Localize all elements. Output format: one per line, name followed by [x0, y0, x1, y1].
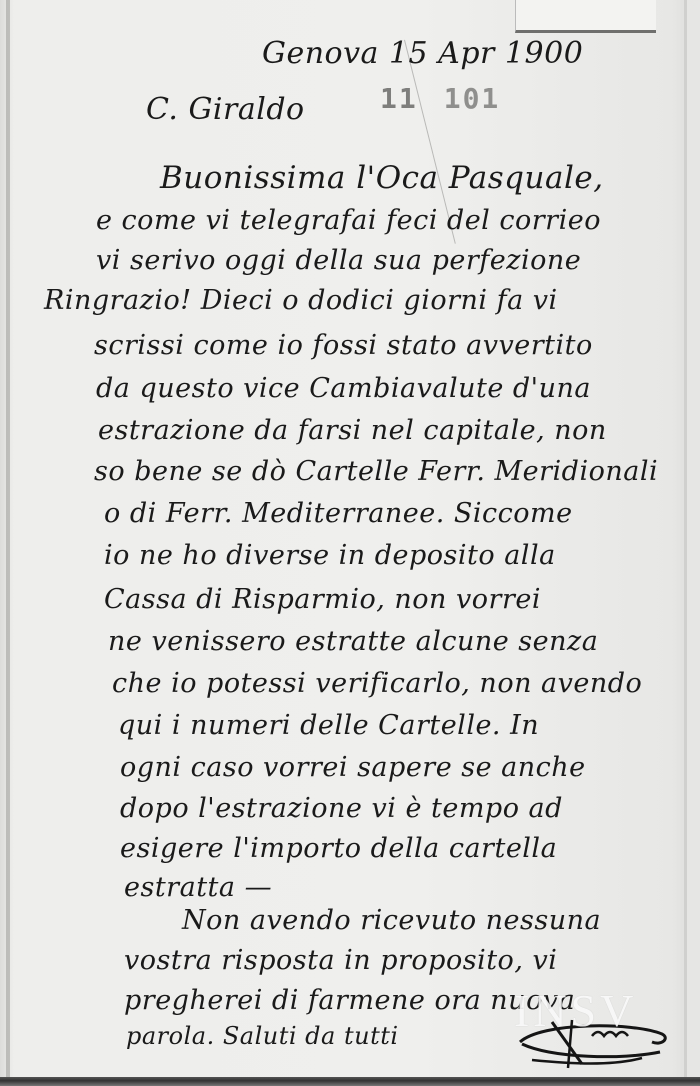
letter-line: Non avendo ricevuto nessuna	[182, 905, 601, 936]
letter-line: qui i numeri delle Cartelle. In	[118, 710, 539, 741]
letter-line: ogni caso vorrei sapere se anche	[120, 752, 586, 783]
salutation: C. Giraldo	[146, 92, 305, 127]
letter-line: dopo l'estrazione vi è tempo ad	[120, 793, 563, 824]
place-date: Genova 15 Apr 1900	[262, 36, 583, 71]
letter-line: esigere l'importo della cartella	[120, 833, 557, 864]
letter-body: Genova 15 Apr 1900 C. Giraldo Buonissima…	[0, 0, 700, 1086]
letter-line: so bene se dò Cartelle Ferr. Meridionali	[94, 456, 658, 487]
letter-line: vi serivo oggi della sua perfezione	[96, 245, 581, 276]
letter-line: Buonissima l'Oca Pasquale,	[160, 160, 604, 196]
bottom-paper-edge	[0, 1077, 700, 1086]
letter-line: Cassa di Risparmio, non vorrei	[104, 584, 541, 615]
letter-line: estrazione da farsi nel capitale, non	[98, 415, 607, 446]
letter-line: estratta —	[124, 872, 272, 903]
letter-line: o di Ferr. Mediterranee. Siccome	[104, 498, 573, 529]
letter-line: ne venissero estratte alcune senza	[108, 626, 598, 657]
letter-line: parola. Saluti da tutti	[126, 1022, 399, 1050]
letter-line: e come vi telegrafai feci del corrieo	[96, 205, 601, 236]
letter-line: Ringrazio! Dieci o dodici giorni fa vi	[44, 285, 558, 316]
letter-line: pregherei di farmene ora nuova	[124, 985, 575, 1016]
letter-line: da questo vice Cambiavalute d'una	[96, 373, 591, 404]
letter-line: scrissi come io fossi stato avvertito	[94, 330, 593, 361]
letter-line: che io potessi verificarlo, non avendo	[112, 668, 642, 699]
letter-line: vostra risposta in proposito, vi	[124, 945, 557, 976]
watermark: INSV	[514, 984, 637, 1037]
letter-line: io ne ho diverse in deposito alla	[104, 540, 556, 571]
